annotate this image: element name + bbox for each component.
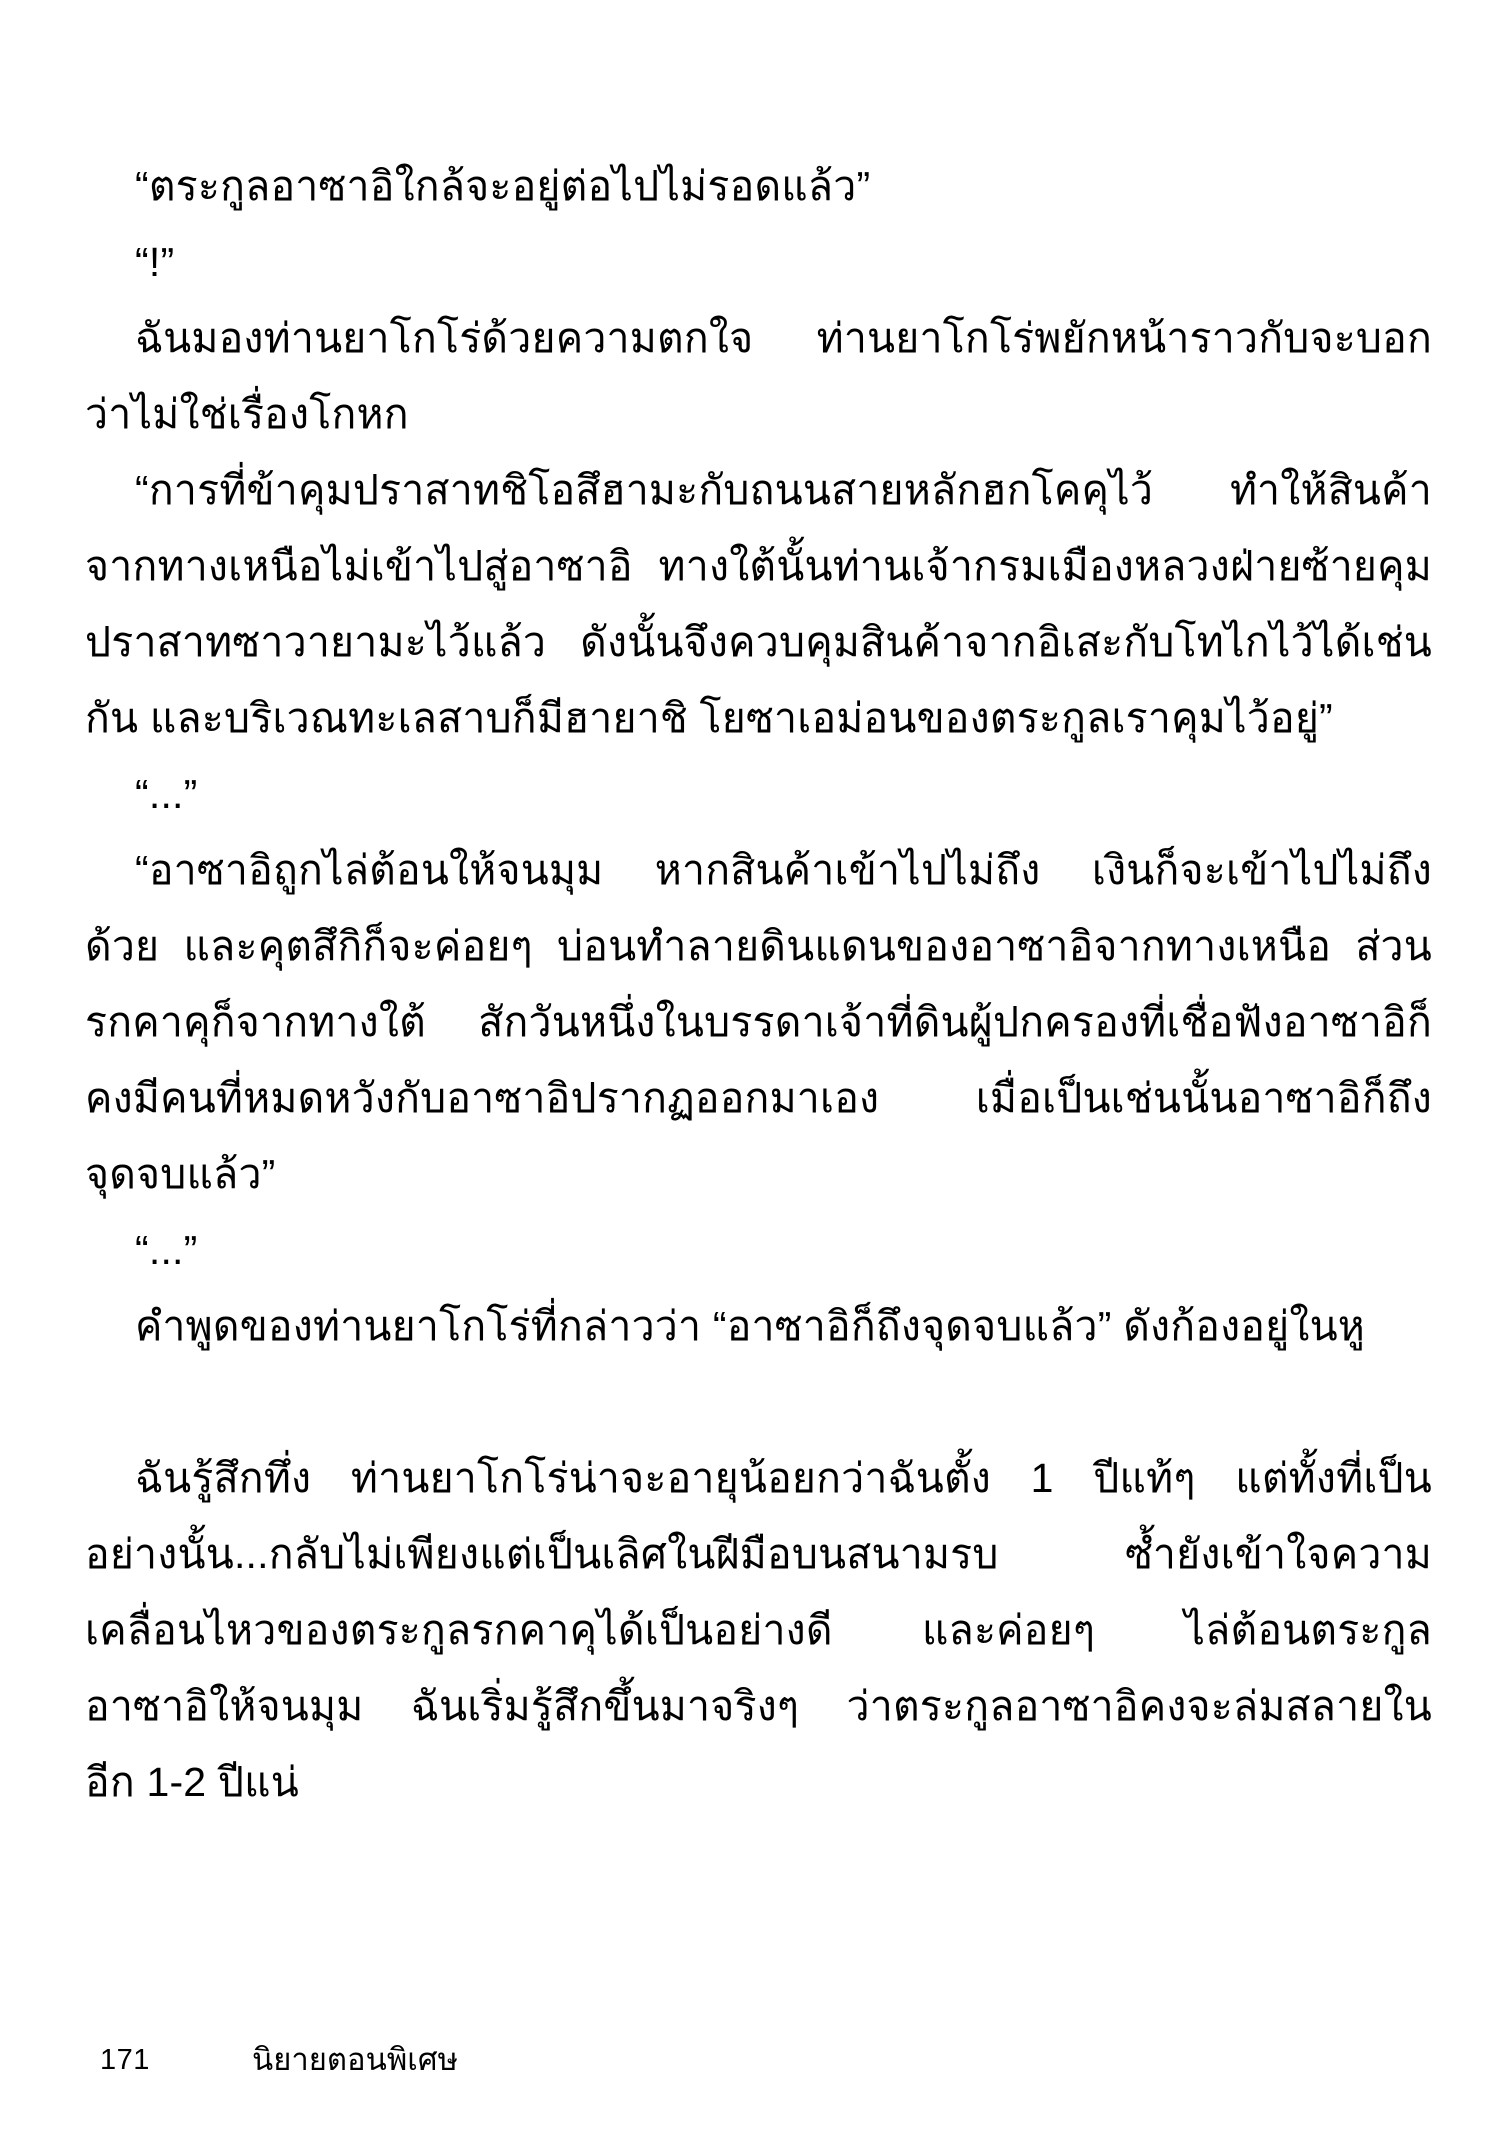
document-page: “ตระกูลอาซาอิใกล้จะอยู่ต่อไปไม่รอดแล้ว”“… (0, 0, 1512, 2150)
text-line: อีก 1-2 ปีแน่ (85, 1744, 1432, 1820)
text-line: กัน และบริเวณทะเลสาบก็มีฮายาชิ โยซาเอม่อ… (85, 680, 1432, 756)
text-line: ฉันมองท่านยาโกโร่ด้วยความตกใจ ท่านยาโกโร… (85, 300, 1432, 376)
text-line: รกคาคุก็จากทางใต้ สักวันหนึ่งในบรรดาเจ้า… (85, 984, 1432, 1060)
blank-line (85, 1364, 1432, 1440)
text-line: คำพูดของท่านยาโกโร่ที่กล่าวว่า “อาซาอิก็… (85, 1288, 1432, 1364)
text-line: เคลื่อนไหวของตระกูลรกคาคุได้เป็นอย่างดี … (85, 1592, 1432, 1668)
text-line: อย่างนั้น...กลับไม่เพียงแต่เป็นเลิศในฝีม… (85, 1516, 1432, 1592)
novel-text: “ตระกูลอาซาอิใกล้จะอยู่ต่อไปไม่รอดแล้ว”“… (85, 148, 1432, 1820)
text-line: “...” (85, 756, 1432, 832)
text-line: จุดจบแล้ว” (85, 1136, 1432, 1212)
text-line: ด้วย และคุตสึกิก็จะค่อยๆ บ่อนทำลายดินแดน… (85, 908, 1432, 984)
text-line: ฉันรู้สึกทึ่ง ท่านยาโกโร่น่าจะอายุน้อยกว… (85, 1440, 1432, 1516)
text-line: “อาซาอิถูกไล่ต้อนให้จนมุม หากสินค้าเข้าไ… (85, 832, 1432, 908)
text-line: อาซาอิให้จนมุม ฉันเริ่มรู้สึกขึ้นมาจริงๆ… (85, 1668, 1432, 1744)
text-line: “การที่ข้าคุมปราสาทชิโอสึฮามะกับถนนสายหล… (85, 452, 1432, 528)
text-line: ว่าไม่ใช่เรื่องโกหก (85, 376, 1432, 452)
text-line: “!” (85, 224, 1432, 300)
page-number: 171 (100, 2038, 150, 2082)
section-title: นิยายตอนพิเศษ (252, 2038, 458, 2082)
text-line: คงมีคนที่หมดหวังกับอาซาอิปรากฏออกมาเอง เ… (85, 1060, 1432, 1136)
page-footer: 171 นิยายตอนพิเศษ (0, 2038, 1512, 2082)
text-line: ปราสาทซาวายามะไว้แล้ว ดังนั้นจึงควบคุมสิ… (85, 604, 1432, 680)
text-line: “...” (85, 1212, 1432, 1288)
text-line: “ตระกูลอาซาอิใกล้จะอยู่ต่อไปไม่รอดแล้ว” (85, 148, 1432, 224)
text-line: จากทางเหนือไม่เข้าไปสู่อาซาอิ ทางใต้นั้น… (85, 528, 1432, 604)
